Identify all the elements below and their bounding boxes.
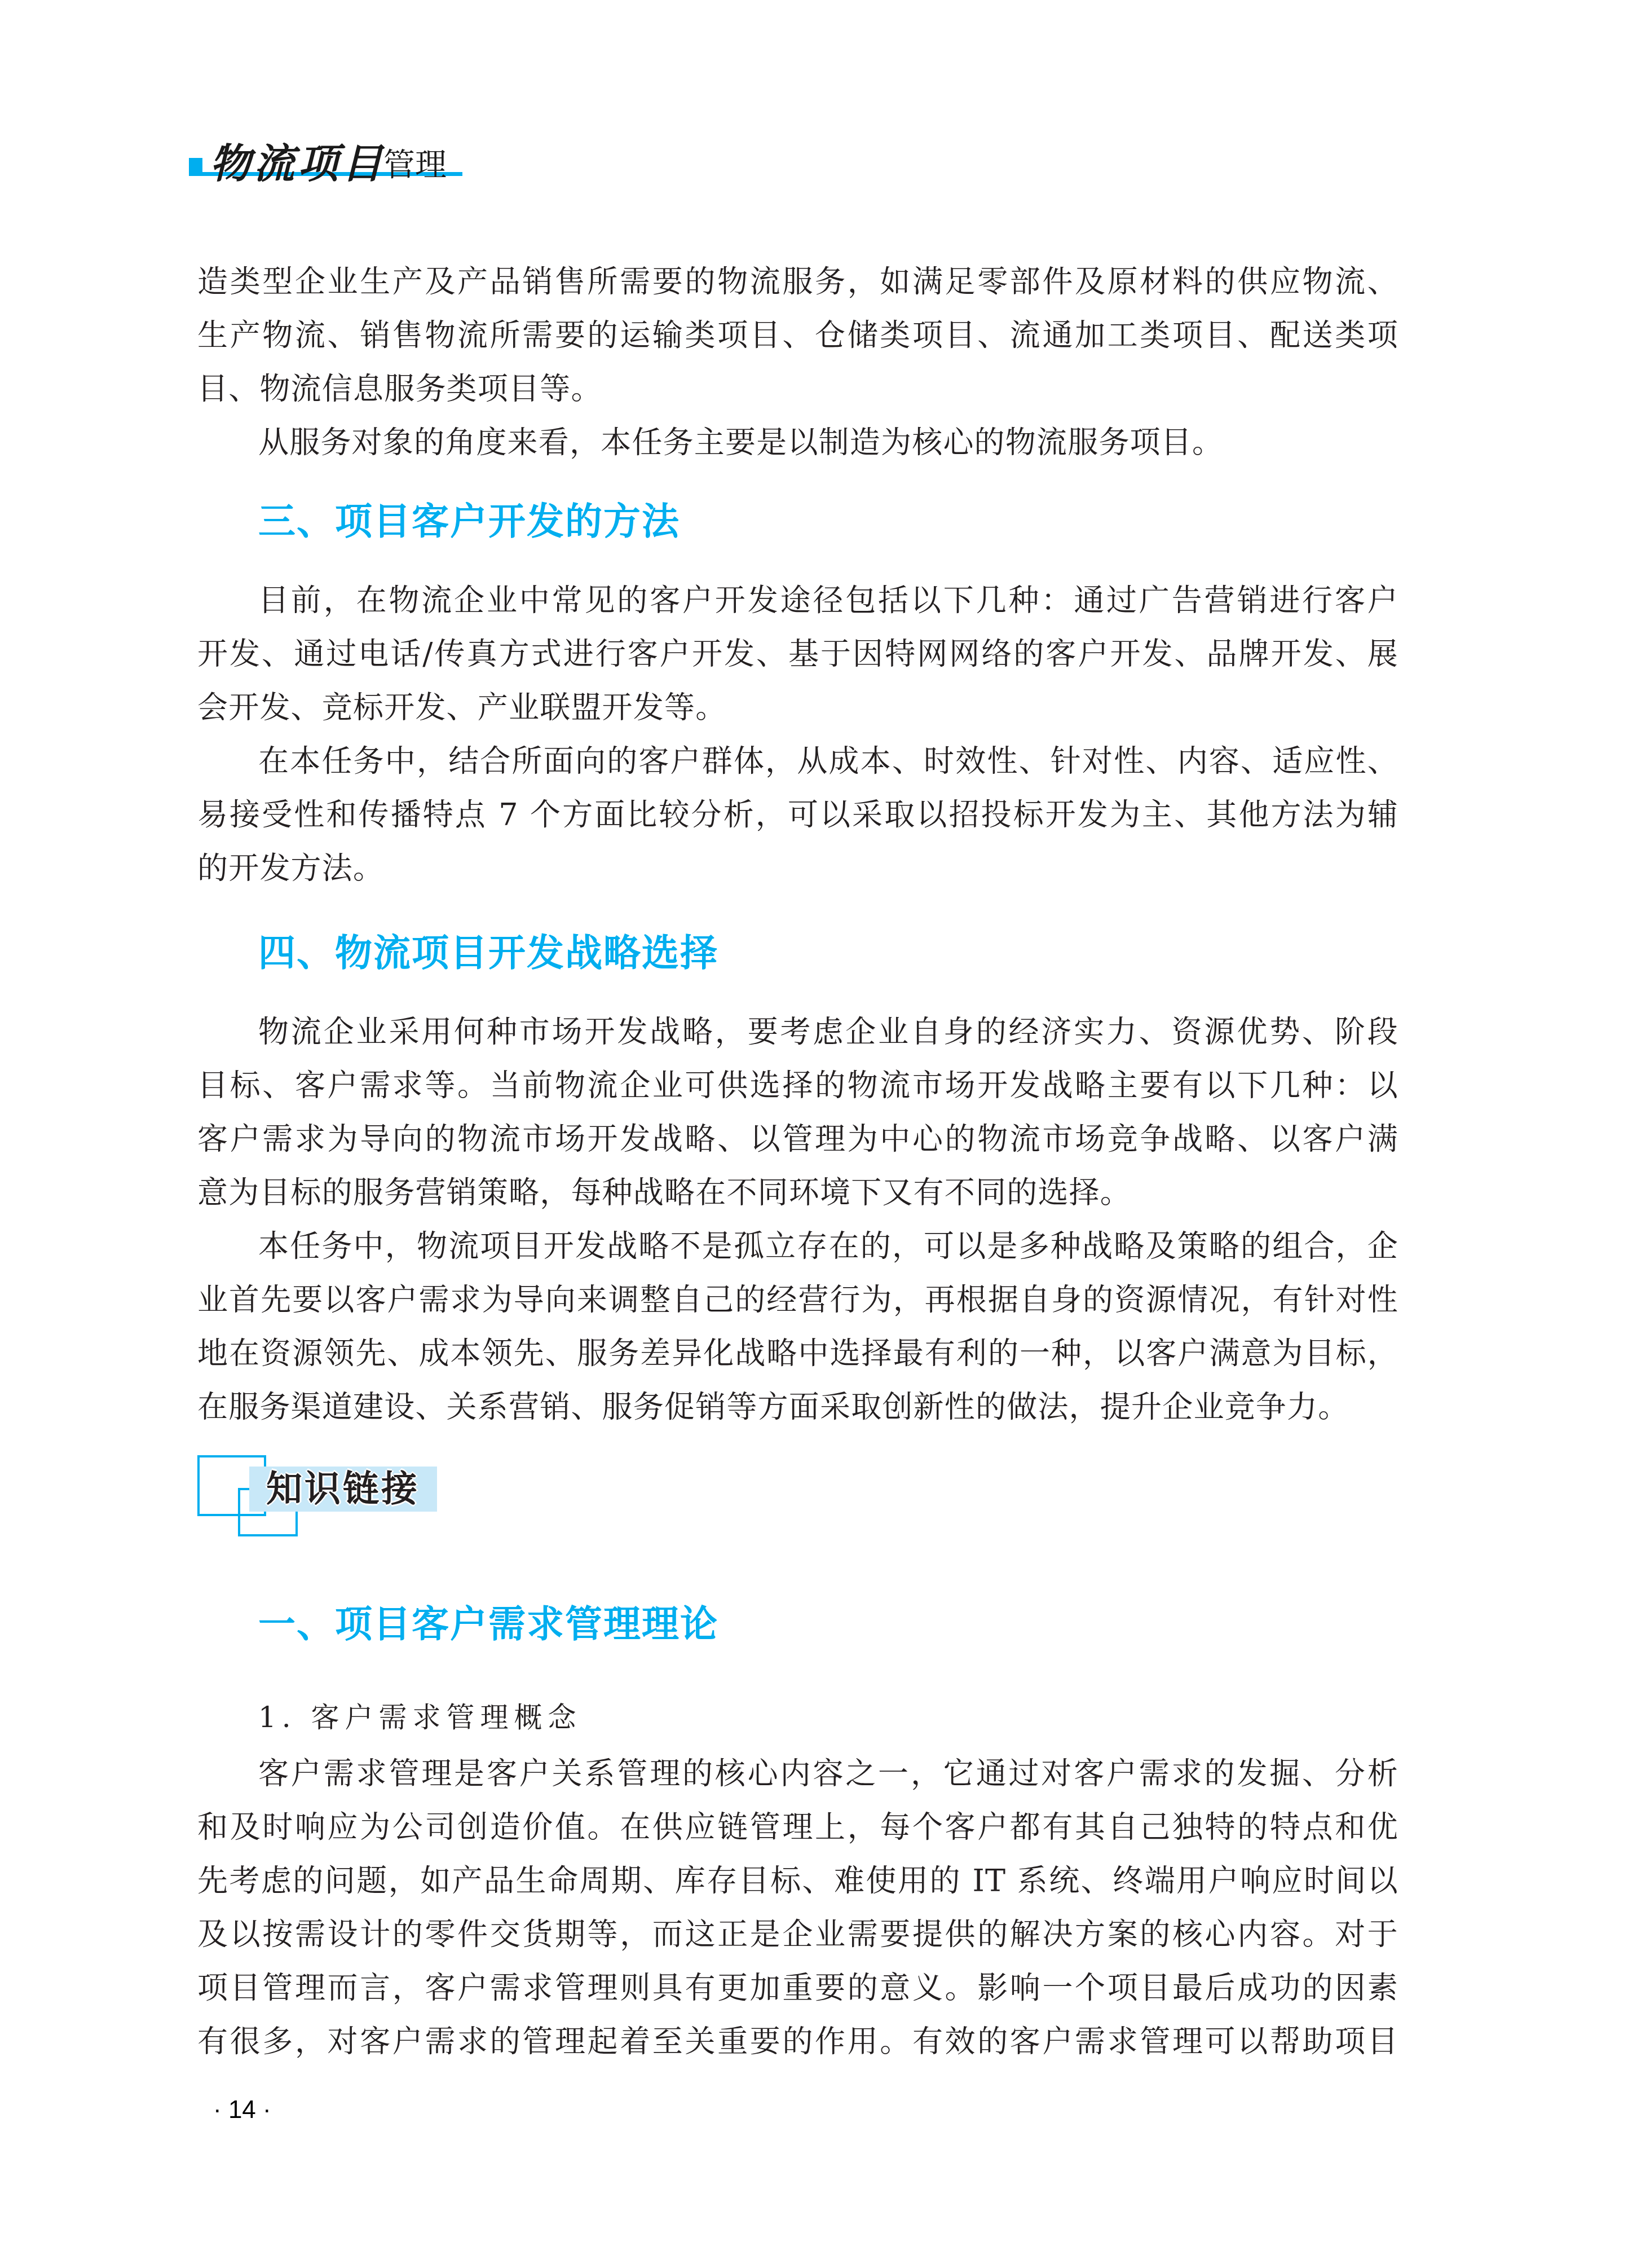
body-line: 目标、客户需求等。当前物流企业可供选择的物流市场开发战略主要有以下几种：以 <box>197 1068 1398 1104</box>
body-line: 的开发方法。 <box>197 851 1398 887</box>
body-line: 有很多，对客户需求的管理起着至关重要的作用。有效的客户需求管理可以帮助项目 <box>197 2024 1398 2060</box>
page-number: · 14 · <box>213 2096 271 2124</box>
body-line: 本任务中，物流项目开发战略不是孤立存在的，可以是多种战略及策略的组合，企 <box>258 1228 1398 1265</box>
knowledge-link-label: 知识链接 <box>266 1469 420 1509</box>
book-title: 物流项目 <box>210 131 386 190</box>
body-line: 业首先要以客户需求为导向来调整自己的经营行为，再根据自身的资源情况，有针对性 <box>197 1282 1398 1318</box>
body-line: 目前，在物流企业中常见的客户开发途径包括以下几种：通过广告营销进行客户 <box>258 583 1398 619</box>
body-line: 易接受性和传播特点 7 个方面比较分析，可以采取以招投标开发为主、其他方法为辅 <box>197 797 1398 833</box>
section-heading-3: 三、项目客户开发的方法 <box>258 499 680 544</box>
book-subtitle: 管理 <box>383 140 447 185</box>
body-line: 生产物流、销售物流所需要的运输类项目、仓储类项目、流通加工类项目、配送类项 <box>197 318 1398 354</box>
body-line: 客户需求为导向的物流市场开发战略、以管理为中心的物流市场竞争战略、以客户满 <box>197 1121 1398 1157</box>
body-line: 造类型企业生产及产品销售所需要的物流服务，如满足零部件及原材料的供应物流、 <box>197 264 1398 300</box>
body-line: 客户需求管理是客户关系管理的核心内容之一，它通过对客户需求的发掘、分析 <box>258 1756 1398 1792</box>
subsection-heading: 1. 客户需求管理概念 <box>258 1699 582 1736</box>
body-line: 项目管理而言，客户需求管理则具有更加重要的意义。影响一个项目最后成功的因素 <box>197 1970 1398 2006</box>
body-line: 及以按需设计的零件交货期等，而这正是企业需要提供的解决方案的核心内容。对于 <box>197 1917 1398 1953</box>
body-line: 先考虑的问题，如产品生命周期、库存目标、难使用的 IT 系统、终端用户响应时间以 <box>197 1863 1398 1899</box>
body-line: 从服务对象的角度来看，本任务主要是以制造为核心的物流服务项目。 <box>258 425 1398 461</box>
body-line: 在本任务中，结合所面向的客户群体，从成本、时效性、针对性、内容、适应性、 <box>258 743 1398 780</box>
body-line: 会开发、竞标开发、产业联盟开发等。 <box>197 690 1398 726</box>
body-line: 意为目标的服务营销策略，每种战略在不同环境下又有不同的选择。 <box>197 1175 1398 1211</box>
body-line: 开发、通过电话/传真方式进行客户开发、基于因特网网络的客户开发、品牌开发、展 <box>197 636 1398 672</box>
body-line: 目、物流信息服务类项目等。 <box>197 371 1398 407</box>
body-line: 物流企业采用何种市场开发战略，要考虑企业自身的经济实力、资源优势、阶段 <box>258 1014 1398 1050</box>
body-line: 地在资源领先、成本领先、服务差异化战略中选择最有利的一种，以客户满意为目标， <box>197 1336 1398 1372</box>
body-line: 在服务渠道建设、关系营销、服务促销等方面采取创新性的做法，提升企业竞争力。 <box>197 1389 1398 1425</box>
section-heading-4: 四、物流项目开发战略选择 <box>258 931 718 976</box>
section-heading-1: 一、项目客户需求管理理论 <box>258 1602 718 1647</box>
body-line: 和及时响应为公司创造价值。在供应链管理上，每个客户都有其自己独特的特点和优 <box>197 1809 1398 1846</box>
